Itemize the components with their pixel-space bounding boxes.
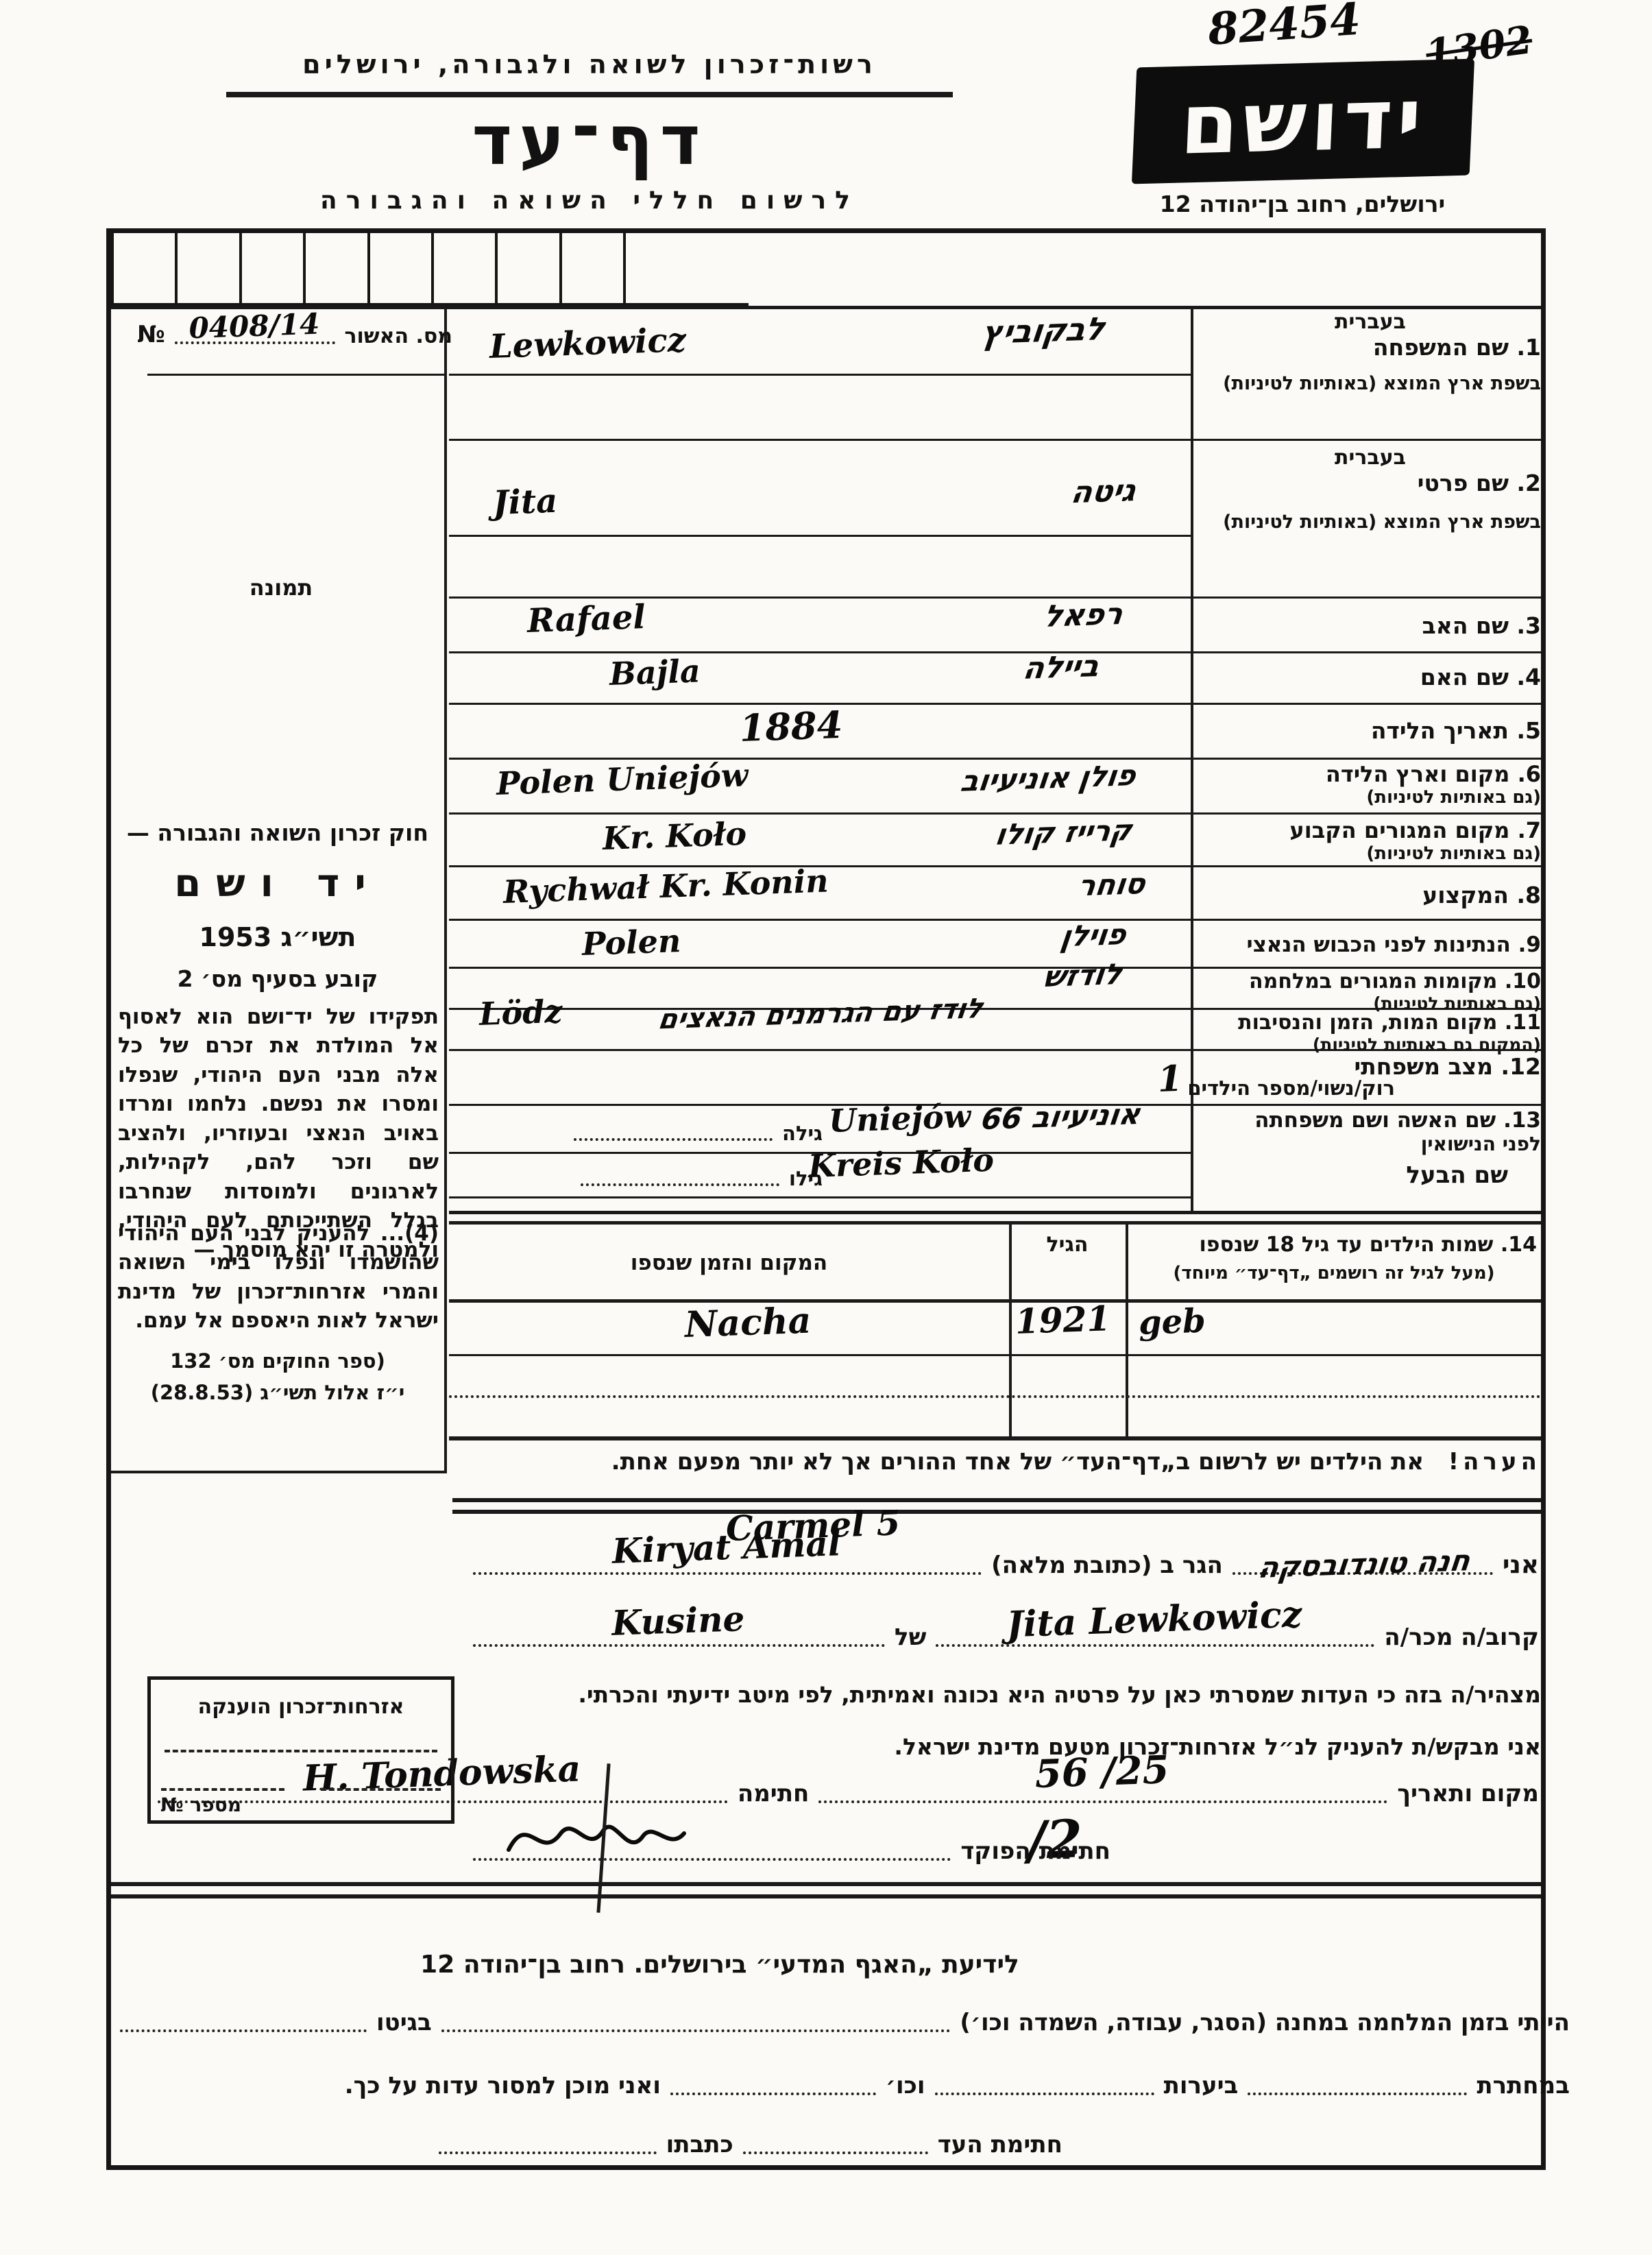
- left-column-divider: [444, 306, 447, 1471]
- witness-address-dotted: [439, 2143, 657, 2154]
- entry-his-line-latin: Kreis Koło: [807, 1142, 995, 1185]
- field-2-sub: בשפת ארץ המוצא (באותיות לטיניות): [1200, 511, 1541, 533]
- writing-line: [449, 703, 1541, 705]
- declaration-row-relation: קרוב/ה מכר/ה Jita Lewkowicz של Kusine: [473, 1624, 1539, 1651]
- law-paragraph-2: (4)... להעניק לבני העם היהודי שהושמדו ונ…: [118, 1219, 439, 1336]
- index-cell: [175, 233, 239, 303]
- index-cell: [239, 233, 303, 303]
- index-cell: [111, 233, 175, 303]
- law-ref-2: י״ז אלול תשי״ג (28.8.53): [117, 1381, 439, 1404]
- his-age-row: גילו: [507, 1167, 823, 1190]
- memorial-citizenship-box: אזרחות־זכרון הוענקה מספר №: [147, 1676, 454, 1824]
- her-age-label: גילה: [782, 1122, 823, 1145]
- left-column-bottom-rule: [111, 1471, 447, 1473]
- authority-line: רשות־זכרון לשואה ולגבורה, ירושלים: [226, 49, 953, 80]
- index-cells-strip: [111, 233, 749, 307]
- index-cell: [495, 233, 559, 303]
- decl-resides-label: הגר ב (כתובת מלאה): [991, 1552, 1223, 1579]
- writing-line: [449, 812, 1541, 815]
- her-age-row: גילה: [507, 1122, 823, 1145]
- table-row-line: [449, 1354, 1541, 1356]
- field-1-label: בעברית 1. שם המשפחה בשפת ארץ המוצא (באות…: [1200, 310, 1541, 394]
- field-11-label: 11. מקום המות, הזמן והנסיבות (המקום גם ב…: [1200, 1011, 1541, 1054]
- forests-label: ביערות: [1164, 2072, 1239, 2099]
- decl-address-handwritten-2: Carmel 5: [725, 1502, 901, 1549]
- decl-statement: מצהיר/ה בזה כי העדות שמסרתי כאן על פרטיה…: [411, 1681, 1541, 1708]
- index-cell: [623, 233, 687, 303]
- approval-dotted-line: 0408/14: [175, 333, 335, 344]
- page-of-testimony-scan: רשות־זכרון לשואה ולגבורה, ירושלים דף־עד …: [0, 0, 1652, 2255]
- entry-family-name-latin: Lewkowicz: [489, 321, 687, 366]
- entry-family-name-hebrew: לבקוביץ: [980, 310, 1107, 351]
- witness-signature-dotted: [743, 2143, 928, 2154]
- decl-relation-dotted: Kusine: [473, 1636, 885, 1647]
- writing-line: [449, 865, 1541, 867]
- table-bottom-rule: [449, 1436, 1541, 1440]
- header-divider: [226, 92, 953, 97]
- index-cell: [367, 233, 431, 303]
- field-13-sub: לפני הנישואין: [1200, 1133, 1541, 1155]
- box-bottom-rule-1: [111, 1882, 1541, 1886]
- field-13-label: 13. שם האשה ושם משפחתה לפני הנישואין: [1200, 1108, 1541, 1155]
- entry-her-line-latin: Uniejów: [828, 1098, 971, 1139]
- field-6-sub: (גם באותיות לטיניות): [1200, 787, 1541, 808]
- entry-her-line-hebrew: אוניעיוב 66: [980, 1097, 1143, 1136]
- entry-citizenship-latin: Polen: [581, 922, 681, 963]
- ghetto-label: בגיטו: [376, 2009, 432, 2036]
- index-cell: [559, 233, 623, 303]
- decl-of-label: של: [895, 1624, 926, 1651]
- witness-address-label: כתבתו: [666, 2131, 733, 2158]
- photo-area-label: תמונה: [212, 575, 350, 601]
- field-9-label: 9. הנתינות לפני הכבוש הנאצי: [1200, 932, 1541, 957]
- table-header-bottom-rule: [449, 1299, 1541, 1303]
- law-ref-1: (ספר החוקים מס׳ 132: [117, 1349, 439, 1373]
- entry-father-name-hebrew: רפאל: [1041, 596, 1125, 634]
- law-clause: קובע בסעיף מס׳ 2: [117, 965, 439, 992]
- entry-mother-name-latin: Bajla: [609, 652, 701, 692]
- writing-line: [449, 758, 1541, 760]
- entry-residence-latin: Kr. Koło: [602, 815, 747, 857]
- entry-death-place-latin: Lödz: [478, 993, 563, 1033]
- writing-line: [449, 535, 1193, 537]
- index-cell: [688, 233, 749, 303]
- entry-citizenship-hebrew: פוילן: [1058, 917, 1128, 953]
- her-age-dotted: [574, 1130, 773, 1141]
- entry-profession-line-hebrew: סוחר: [1076, 867, 1147, 902]
- war-line-label: הייתי בזמן המלחמה במחנה (הסגר, עבודה, הש…: [960, 2009, 1570, 2036]
- writing-line: [449, 439, 1541, 441]
- field-8-label: 8. המקצוע: [1200, 882, 1541, 908]
- his-age-dotted: [581, 1175, 779, 1186]
- child-entry-geb: geb: [1138, 1302, 1206, 1342]
- field-1-main: 1. שם המשפחה: [1200, 334, 1541, 361]
- approval-symbol: №: [137, 321, 165, 348]
- entry-residence-hebrew: קרייז קולו: [993, 813, 1134, 852]
- law-heading: חוק זכרון השואה והגבורה —: [117, 819, 439, 846]
- decl-official-label: חתימת הפוקד: [960, 1837, 1110, 1865]
- forests-dotted: [935, 2084, 1154, 2095]
- bottom-row-witness: חתימת העד כתבתו: [439, 2131, 1062, 2158]
- witness-signature-label: חתימת העד: [938, 2131, 1062, 2158]
- ready-to-testify-label: ואני מוכן למסור עדות על כך.: [345, 2072, 661, 2099]
- stamp-address: ירושלים, רחוב בן־יהודה 12: [1110, 191, 1494, 217]
- labels-divider: [1191, 306, 1193, 1211]
- citizenship-box-line-left: [161, 1788, 284, 1791]
- field-3-label: 3. שם האב: [1200, 612, 1541, 639]
- declaration-row-identity: אני חנה טונדובסקה הגר ב (כתובת מלאה) Kir…: [473, 1551, 1539, 1579]
- index-cell: [431, 233, 495, 303]
- table-top-rule-2: [449, 1221, 1541, 1225]
- field-1-sub: בשפת ארץ המוצא (באותיות לטיניות): [1200, 373, 1541, 394]
- note-text: את הילדים יש לרשום ב„דף־העד״ של אחד ההור…: [611, 1448, 1424, 1475]
- children-header-names: 14. שמות הילדים עד גיל 18 שנספו: [1131, 1233, 1537, 1257]
- yad-vashem-stamp: ידושם: [1132, 59, 1474, 184]
- field-2-label: בעברית 2. שם פרטי בשפת ארץ המוצא (באותיו…: [1200, 446, 1541, 533]
- entry-children-count: 1: [1157, 1058, 1183, 1100]
- box-bottom-rule-2: [111, 1894, 1541, 1898]
- entry-father-name-latin: Rafael: [526, 598, 646, 640]
- stamp-text: ידושם: [1178, 69, 1428, 173]
- field-12-sub-label: רוק/נשוי/מספר הילדים: [1093, 1076, 1395, 1100]
- approval-label: מס. האשור: [345, 324, 453, 348]
- writing-line: [449, 374, 1193, 376]
- approval-value-handwritten: 0408/14: [173, 306, 335, 346]
- field-1-pre: בעברית: [1200, 310, 1541, 334]
- etc-dotted: [670, 2084, 876, 2095]
- law-name: יד ושם: [117, 861, 439, 906]
- underground-label: במחתרת: [1477, 2072, 1570, 2099]
- decl-relative-dotted: Jita Lewkowicz: [936, 1636, 1374, 1647]
- note-rule-1: [452, 1498, 1541, 1502]
- note-rule-2: [452, 1510, 1541, 1514]
- field-6-label: 6. מקום וארץ הלידה (גם באותיות לטיניות): [1200, 761, 1541, 808]
- husband-label: שם הבעל: [1200, 1161, 1508, 1189]
- citizenship-box-number: מספר №: [160, 1794, 270, 1816]
- entry-first-name-hebrew: גיטה: [1069, 473, 1137, 510]
- approval-underline: [147, 374, 446, 376]
- writing-line: [449, 919, 1541, 921]
- decl-official-dotted: [473, 1850, 951, 1861]
- bottom-row-underground: במחתרת ביערות וכו׳ ואני מוכן למסור עדות …: [120, 2072, 1570, 2099]
- table-row-dotted-line: [449, 1395, 1541, 1398]
- decl-i-label: אני: [1503, 1551, 1539, 1579]
- underground-dotted: [1248, 2084, 1467, 2095]
- scientific-branch-notice: לידיעת „האגף המדעי״ בירושלים. רחוב בן־יה…: [206, 1951, 1234, 1979]
- index-cell: [303, 233, 367, 303]
- field-2-main: 2. שם פרטי: [1200, 470, 1541, 496]
- child-entry-year: 1921: [1015, 1298, 1111, 1342]
- writing-line: [449, 651, 1541, 653]
- entry-mother-name-hebrew: ביילה: [1021, 649, 1101, 686]
- entry-first-name-latin: Jita: [492, 482, 558, 522]
- form-title: דף־עד: [226, 100, 953, 180]
- decl-name-dotted: חנה טונדובסקה: [1232, 1564, 1493, 1575]
- field-2-pre: בעברית: [1200, 446, 1541, 470]
- table-column-divider: [1126, 1225, 1128, 1436]
- etc-label: וכו׳: [886, 2072, 925, 2099]
- form-subtitle: לרשום חללי השואה והגבורה: [226, 186, 953, 215]
- field-4-label: 4. שם האם: [1200, 664, 1541, 690]
- children-header-age: הגיל: [1009, 1233, 1126, 1257]
- decl-signature-label: חתימה: [738, 1780, 810, 1807]
- file-number-handwritten: 82454: [1206, 0, 1362, 56]
- field-10-label: 10. מקומות המגורים במלחמה (גם באותיות לט…: [1200, 969, 1541, 1013]
- entry-birth-year: 1884: [739, 703, 843, 750]
- entry-wartime-residence-hebrew: לודזש: [1041, 957, 1123, 993]
- note-label: הערה!: [1448, 1448, 1541, 1475]
- field-7-sub: (גם באותיות לטיניות): [1200, 843, 1541, 864]
- citizenship-box-title: אזרחות־זכרון הוענקה: [151, 1695, 451, 1719]
- field-5-label: 5. תאריך הלידה: [1200, 717, 1541, 744]
- writing-line: [449, 596, 1541, 599]
- writing-line: [449, 1196, 1193, 1198]
- children-header-place: המקום והזמן שנספו: [449, 1251, 1009, 1275]
- field-7-label: 7. מקום המגורים הקבוע (גם באותיות לטיניו…: [1200, 817, 1541, 864]
- writing-line: [449, 967, 1541, 969]
- decl-place-date-label: מקום ותאריך: [1397, 1780, 1539, 1807]
- law-year: תשי״ג 1953: [117, 922, 439, 952]
- bottom-row-camp: הייתי בזמן המלחמה במחנה (הסגר, עבודה, הש…: [120, 2009, 1570, 2036]
- children-header-names-note: (מעל לגיל זה רושמים „דף־עד״ מיוחד): [1131, 1263, 1537, 1283]
- decl-relative-label: קרוב/ה מכר/ה: [1384, 1624, 1539, 1651]
- citizenship-box-line-right: [321, 1788, 441, 1791]
- camp-dotted: [441, 2021, 951, 2032]
- ghetto-dotted: [120, 2021, 367, 2032]
- approval-row: מס. האשור 0408/14 №: [137, 321, 452, 348]
- field-11-sub: (המקום גם באותיות לטיניות): [1200, 1035, 1541, 1054]
- declaration-row-official: חתימת הפוקד: [473, 1837, 1110, 1865]
- entry-birth-place-hebrew: פולן אוניעיוב: [959, 758, 1139, 798]
- decl-address-dotted: Kiryat Amal: [473, 1564, 982, 1575]
- table-top-rule-1: [449, 1211, 1541, 1214]
- citizenship-box-line: [165, 1750, 437, 1752]
- child-entry-name: Nacha: [684, 1300, 812, 1346]
- decl-date-dotted: 25/ 56: [818, 1792, 1387, 1803]
- children-note: הערה! את הילדים יש לרשום ב„דף־העד״ של אח…: [473, 1448, 1541, 1475]
